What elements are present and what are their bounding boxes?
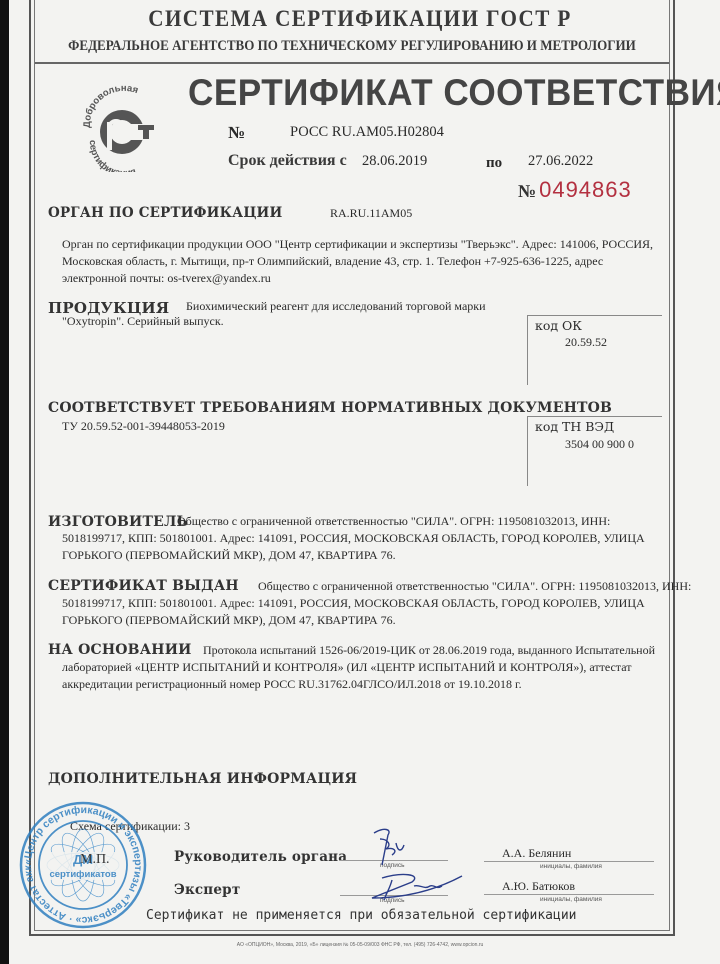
header-divider: [35, 62, 669, 64]
issued-to-line2: 5018199717, КПП: 501801001. Адрес: 14109…: [62, 595, 645, 612]
expert-signature-icon: [362, 868, 472, 908]
scan-edge: [0, 0, 9, 964]
rst-logo-icon: Добровольная сертификация: [78, 82, 168, 172]
voluntary-note: Сертификат не применяется при обязательн…: [146, 908, 576, 923]
ok-code-box: код ОК 20.59.52: [527, 315, 662, 385]
seal-label: М.П.: [80, 851, 110, 868]
expert-name-line: [484, 894, 654, 895]
additional-heading: ДОПОЛНИТЕЛЬНАЯ ИНФОРМАЦИЯ: [48, 771, 357, 787]
certification-body-line1: Орган по сертификации продукции ООО "Цен…: [62, 236, 653, 253]
head-name: А.А. Белянин: [502, 845, 571, 862]
issued-to-line1: Общество с ограниченной ответственностью…: [258, 578, 691, 595]
number-label: №: [228, 123, 245, 143]
basis-line1: Протокола испытаний 1526-06/2019-ЦИК от …: [203, 642, 655, 659]
compliance-standard: ТУ 20.59.52-001-39448053-2019: [62, 418, 225, 435]
ok-code-label: код ОК: [535, 318, 582, 333]
certification-body-line3: электронной почты: os-tverex@yandex.ru: [62, 270, 271, 287]
head-name-caption: инициалы, фамилия: [540, 863, 602, 870]
blank-number-digits: 0494863: [539, 177, 632, 202]
issued-to-heading: СЕРТИФИКАТ ВЫДАН: [48, 578, 239, 594]
valid-to-label: по: [486, 155, 502, 172]
tnved-label: код ТН ВЭД: [535, 419, 614, 434]
product-line2: "Oxytropin". Серийный выпуск.: [62, 313, 224, 330]
ok-code-value: 20.59.52: [565, 335, 607, 350]
basis-heading: НА ОСНОВАНИИ: [48, 642, 192, 658]
system-title: СИСТЕМА СЕРТИФИКАЦИИ ГОСТ Р: [29, 6, 691, 32]
blank-number-prefix: №: [518, 181, 536, 201]
compliance-heading: СООТВЕТСТВУЕТ ТРЕБОВАНИЯМ НОРМАТИВНЫХ ДО…: [48, 400, 612, 416]
printer-imprint: АО «ОПЦИОН», Москва, 2019, «Б» лицензия …: [0, 942, 720, 948]
valid-to: 27.06.2022: [528, 153, 593, 170]
head-signature-icon: [362, 825, 412, 870]
issued-to-line3: ГОРЬКОГО (ПЕРВОМАЙСКИЙ МКР), ДОМ 47, КВА…: [62, 612, 396, 629]
blank-number: №0494863: [518, 177, 632, 203]
expert-label: Эксперт: [174, 882, 240, 898]
manufacturer-line2: 5018199717, КПП: 501801001. Адрес: 14109…: [62, 530, 645, 547]
expert-name: А.Ю. Батюков: [502, 878, 575, 895]
manufacturer-line1: Общество с ограниченной ответственностью…: [177, 513, 610, 530]
basis-line2: лабораторией «ЦЕНТР ИСПЫТАНИЙ И КОНТРОЛЯ…: [62, 659, 631, 676]
validity-label: Срок действия с: [228, 152, 347, 170]
tnved-code-box: код ТН ВЭД 3504 00 900 0: [527, 416, 662, 486]
expert-name-caption: инициалы, фамилия: [540, 896, 602, 903]
manufacturer-line3: ГОРЬКОГО (ПЕРВОМАЙСКИЙ МКР), ДОМ 47, КВА…: [62, 547, 396, 564]
certificate-number: РОСС RU.АМ05.Н02804: [290, 124, 444, 141]
head-label: Руководитель органа: [174, 849, 347, 865]
certification-body-code: RA.RU.11АМ05: [330, 205, 412, 222]
certification-body-heading: ОРГАН ПО СЕРТИФИКАЦИИ: [48, 205, 282, 221]
head-name-line: [484, 861, 654, 862]
svg-text:сертификатов: сертификатов: [49, 869, 116, 880]
valid-from: 28.06.2019: [362, 153, 427, 170]
certificate-title: СЕРТИФИКАТ СООТВЕТСТВИЯ: [188, 72, 720, 114]
manufacturer-heading: ИЗГОТОВИТЕЛЬ: [48, 514, 188, 530]
product-line1: Биохимический реагент для исследований т…: [186, 298, 486, 315]
basis-line3: аккредитации регистрационный номер РОСС …: [62, 676, 522, 693]
certification-body-line2: Московская область, г. Мытищи, пр-т Олим…: [62, 253, 603, 270]
agency-title: ФЕДЕРАЛЬНОЕ АГЕНТСТВО ПО ТЕХНИЧЕСКОМУ РЕ…: [67, 38, 638, 55]
tnved-code: 3504 00 900 0: [565, 437, 634, 452]
